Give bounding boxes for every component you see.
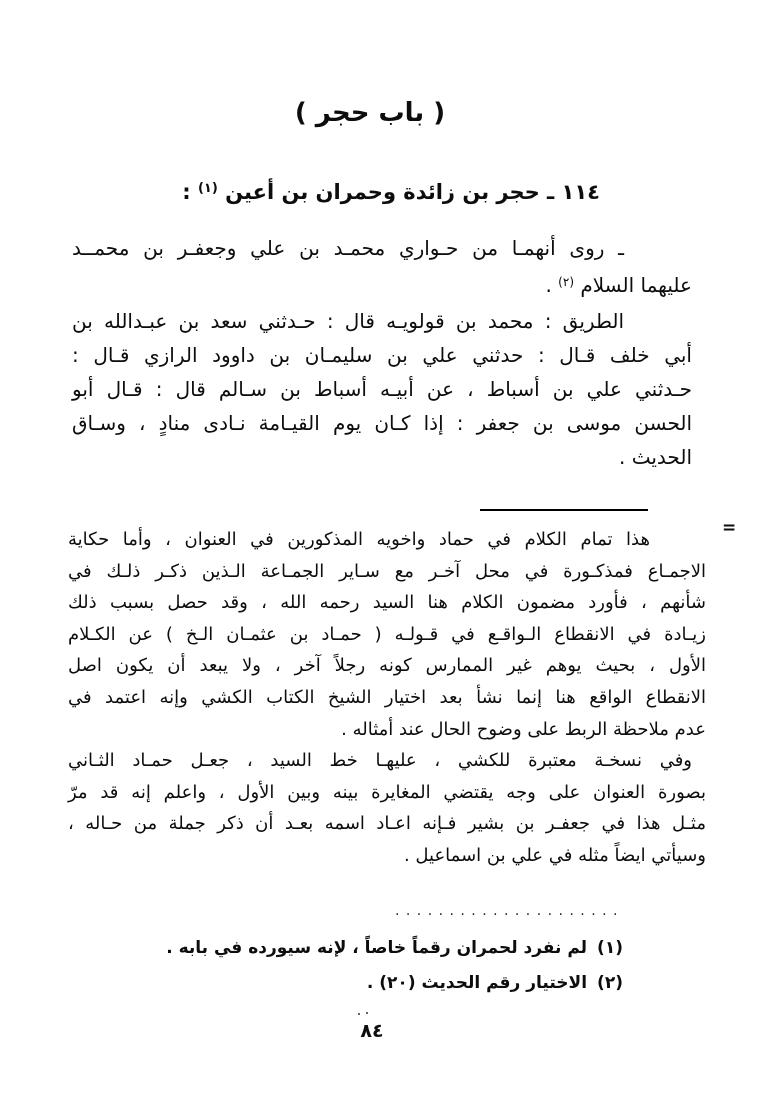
footnote-ref-1: (١): [198, 181, 218, 196]
body-paragraph-2: الطريق : محمد بن قولويـه قال : حـدثني سع…: [72, 304, 692, 474]
page-number: ٨٤: [0, 1020, 744, 1042]
footnote-item-1: (١)لم نفرد لحمران رقماً خاصاً ، لإنه سيو…: [60, 931, 623, 966]
footnote-marker: (٢): [597, 973, 623, 993]
text-line: عليهما السلام (٢) .: [72, 265, 692, 302]
text-line: وسيأتي ايضاً مثله في علي بن اسماعيل .: [68, 840, 706, 872]
book-page: ( باب حجر ) ١١٤ ـ حجر بن زائدة وحمران بن…: [0, 0, 764, 1115]
text-line: زيـادة في الانقطاع الـواقـع في قـولـه ( …: [68, 619, 706, 651]
text-segment: .: [545, 273, 551, 297]
footnote-marker: (١): [597, 938, 623, 958]
text-line: مثـل هذا في جعفـر بن بشير فـإنه اعـاد اس…: [68, 808, 706, 840]
footnote-dotted-line: . . . . . . . . . . . . . . . . . . . . …: [395, 903, 630, 919]
footnote-text: لم نفرد لحمران رقماً خاصاً ، لإنه سيورده…: [166, 938, 587, 958]
text-line: ـ روى أنهمـا من حـواري محمـد بن علي وجعف…: [72, 231, 692, 265]
chapter-heading: ( باب حجر ): [0, 98, 740, 128]
text-line: بصورة العنوان على وجه يقتضي المغايرة بين…: [68, 777, 706, 809]
text-line: أبي خلف قـال : حدثني علي بن سليمـان بن د…: [72, 338, 692, 372]
footnote-item-2: (٢)الاختيار رقم الحديث (٢٠) .: [60, 966, 623, 1001]
text-line: الأول ، بحيث يوهم غير الممارس كونه رجلاً…: [68, 650, 706, 682]
footnote-continuation-mark: =: [722, 518, 736, 538]
scan-speck: [358, 1013, 360, 1015]
text-line: الطريق : محمد بن قولويـه قال : حـدثني سع…: [72, 304, 692, 338]
text-line: وفي نسخـة معتبرة للكشي ، عليهـا خط السيد…: [68, 745, 706, 777]
text-line: الاجمـاع فمذكـورة في محل آخـر مع سـاير ا…: [68, 556, 706, 588]
footnote-text: الاختيار رقم الحديث (٢٠) .: [367, 973, 587, 993]
footnotes-list: (١)لم نفرد لحمران رقماً خاصاً ، لإنه سيو…: [60, 931, 623, 1001]
text-line: حـدثني علي بن أسباط ، عن أبيـه أسباط بن …: [72, 372, 692, 406]
text-line: الانقطاع الواقع هنا إنما نشأ بعد اختيار …: [68, 682, 706, 714]
footnote-ref-2: (٢): [558, 275, 574, 289]
text-line: الحديث .: [72, 440, 692, 474]
body-paragraph-1: ـ روى أنهمـا من حـواري محمـد بن علي وجعف…: [72, 231, 692, 302]
scan-speck: [366, 1012, 368, 1014]
footnote-separator-rule: [480, 509, 648, 511]
text-line: الحسن موسى بن جعفر : إذا كـان يوم القيـا…: [72, 406, 692, 440]
text-line: شأنهم ، فأورد مضمون الكلام هنا السيد رحم…: [68, 587, 706, 619]
entry-title-suffix: :: [182, 180, 190, 204]
text-line: عدم ملاحظة الربط على وضوح الحال عند أمثا…: [68, 714, 706, 746]
footnote-commentary: هذا تمام الكلام في حماد واخويه المذكورين…: [68, 524, 706, 872]
entry-heading: ١١٤ ـ حجر بن زائدة وحمران بن أعين (١) :: [72, 180, 692, 204]
entry-title: ١١٤ ـ حجر بن زائدة وحمران بن أعين: [225, 180, 600, 204]
text-segment: عليهما السلام: [580, 273, 692, 297]
text-line: هذا تمام الكلام في حماد واخويه المذكورين…: [68, 524, 706, 556]
commentary-paragraph-2: وفي نسخـة معتبرة للكشي ، عليهـا خط السيد…: [68, 745, 706, 871]
commentary-paragraph-1: هذا تمام الكلام في حماد واخويه المذكورين…: [68, 524, 706, 745]
body-text: ـ روى أنهمـا من حـواري محمـد بن علي وجعف…: [72, 231, 692, 474]
